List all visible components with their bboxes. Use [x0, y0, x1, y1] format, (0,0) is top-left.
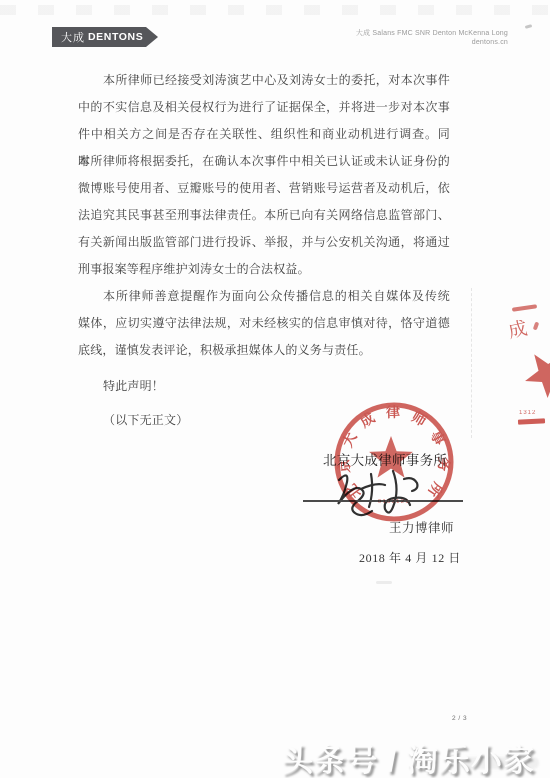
body-line: 法追究其民事甚至刑事法律责任。本所已向有关网络信息监管部门、 [78, 202, 450, 229]
edge-seal-serial: 1312 [519, 410, 536, 416]
logo-text-en: DENTONS [88, 31, 143, 43]
tagline-line2: dentons.cn [356, 39, 508, 48]
body-paragraph-1: 本所律师已经接受刘涛演艺中心及刘涛女士的委托，对本次事件 中的不实信息及相关侵权… [78, 67, 450, 283]
body-line: 微博账号使用者、豆瓣账号的使用者、营销账号运营者及动机后，依 [78, 175, 450, 202]
scan-smudge [376, 581, 392, 584]
page-fold-line [471, 288, 472, 438]
body-line: 中的不实信息及相关侵权行为进行了证据保全，并将进一步对本次事 [78, 94, 450, 121]
edge-seal-mark [533, 322, 539, 331]
header-tagline: 大成 Salans FMC SNR Denton McKenna Long de… [356, 30, 508, 47]
body-line: 刑事报案等程序维护刘涛女士的合法权益。 [78, 256, 450, 283]
official-seal: 北京大成律师事务所 0103121 [325, 390, 465, 530]
edge-seal-serial-bar [518, 418, 545, 424]
edge-seal-star-icon [505, 348, 550, 400]
tagline-line1: 大成 Salans FMC SNR Denton McKenna Long [356, 30, 508, 39]
logo-text-zh: 大成 [61, 29, 85, 45]
seal-serial: 0103121 [378, 499, 410, 505]
body-line: 底线，谨慎发表评论，积极承担媒体人的义务与责任。 [78, 337, 450, 364]
date: 2018 年 4 月 12 日 [359, 549, 461, 566]
dentons-logo: 大成 DENTONS [52, 27, 158, 47]
body-line: 有关新闻出版监管部门进行投诉、举报，并与公安机关沟通，将通过 [78, 229, 450, 256]
body-line: 件中相关方之间是否存在关联性、组织性和商业动机进行调查。同时， [78, 121, 450, 148]
seal-star-icon [369, 436, 413, 478]
edge-seal-char: 成 [505, 313, 529, 343]
corner-mark [525, 24, 533, 29]
body-line: 媒体，应切实遵守法律法规，对未经核实的信息审慎对待，恪守道德 [78, 310, 450, 337]
scan-noise [0, 5, 550, 15]
body-line: 本所律师将根据委托，在确认本次事件中相关已认证或未认证身份的 [78, 148, 450, 175]
body-line: 本所律师善意提醒作为面向公众传播信息的相关自媒体及传统 [78, 283, 450, 310]
scanned-legal-statement: 大成 DENTONS 大成 Salans FMC SNR Denton McKe… [0, 0, 550, 778]
body-paragraph-2: 本所律师善意提醒作为面向公众传播信息的相关自媒体及传统 媒体，应切实遵守法律法规… [78, 283, 450, 364]
edge-seal-bar [512, 304, 537, 311]
watermark-text: 头条号 / 淘乐小家 [282, 735, 535, 778]
page-number: 2 / 3 [452, 715, 467, 722]
body-line: 本所律师已经接受刘涛演艺中心及刘涛女士的委托，对本次事件 [78, 67, 450, 94]
